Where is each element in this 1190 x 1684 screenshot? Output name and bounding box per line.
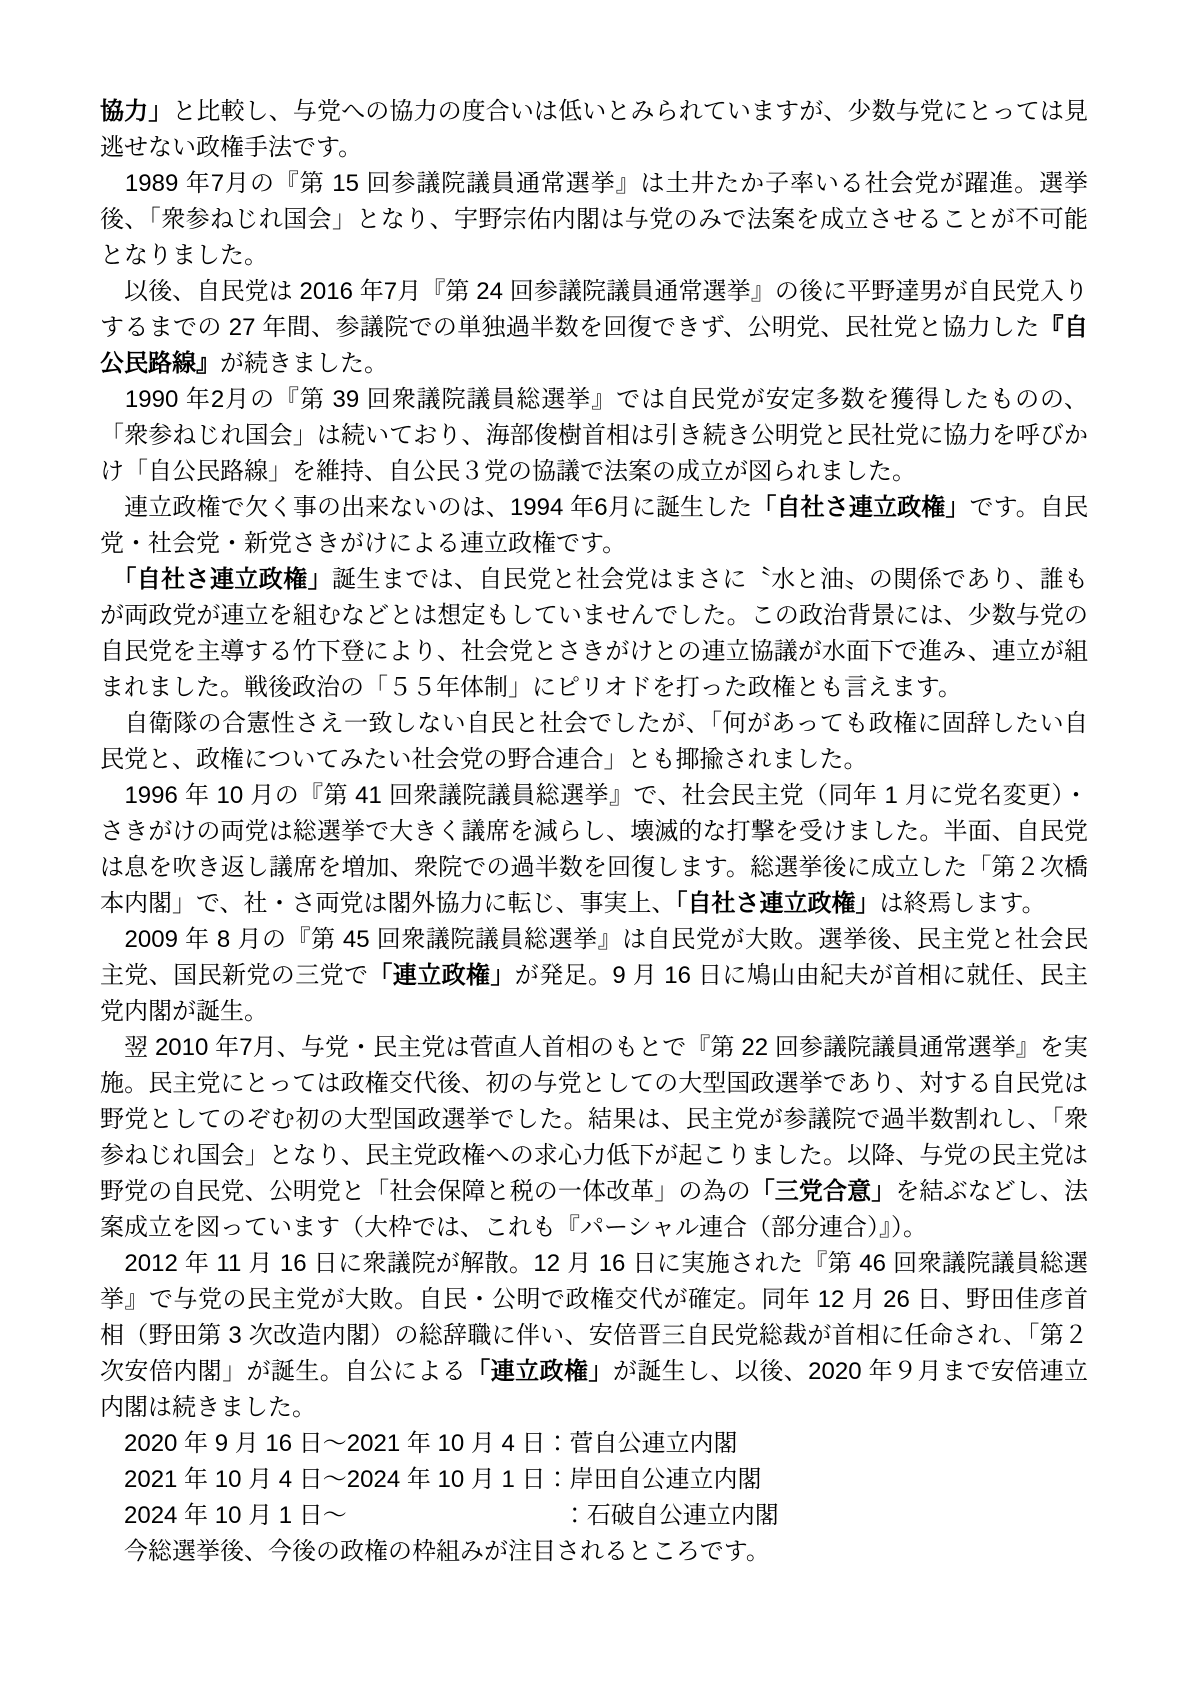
text-run: が続きました。 xyxy=(220,350,388,377)
text-run: 2021 年 10 月 4 日～2024 年 10 月 1 日：岸田自公連立内閣 xyxy=(100,1466,762,1493)
text-run xyxy=(100,566,124,593)
paragraph: 以後、自民党は 2016 年7月『第 24 回参議院議員通常選挙』の後に平野達男… xyxy=(100,274,1088,382)
paragraph: 翌 2010 年7月、与党・民主党は菅直人首相のもとで『第 22 回参議院議員通… xyxy=(100,1030,1088,1246)
text-run: 連立政権で欠く事の出来ないのは、1994 年6月に誕生した xyxy=(100,494,752,521)
text-run: と比較し、与党への協力の度合いは低いとみられていますが、少数与党にとっては見逃せ… xyxy=(100,98,1088,161)
emphasis-text-run: 「自社さ連立政権」 xyxy=(124,566,332,593)
emphasis-text-run: 「自社さ連立政権」 xyxy=(676,890,880,917)
paragraph: 1990 年2月の『第 39 回衆議院議員総選挙』では自民党が安定多数を獲得した… xyxy=(100,382,1088,490)
emphasis-text-run: 協力」 xyxy=(100,98,172,125)
text-run: 以後、自民党は 2016 年7月『第 24 回参議院議員通常選挙』の後に平野達男… xyxy=(100,278,1088,341)
paragraph: 「自社さ連立政権」誕生までは、自民党と社会党はまさに〝水と油〟の関係であり、誰も… xyxy=(100,562,1088,706)
text-run: 自衛隊の合憲性さえ一致しない自民と社会でしたが、「何があっても政権に固辞したい自… xyxy=(100,710,1088,773)
paragraph: 連立政権で欠く事の出来ないのは、1994 年6月に誕生した「自社さ連立政権」です… xyxy=(100,490,1088,562)
text-run: 1989 年7月の『第 15 回参議院議員通常選挙』は土井たか子率いる社会党が躍… xyxy=(100,170,1088,269)
emphasis-text-run: 「連立政権」 xyxy=(466,1358,613,1385)
paragraph: 自衛隊の合憲性さえ一致しない自民と社会でしたが、「何があっても政権に固辞したい自… xyxy=(100,706,1088,778)
document-body: 協力」と比較し、与党への協力の度合いは低いとみられていますが、少数与党にとっては… xyxy=(100,94,1088,1570)
text-run: は終焉します。 xyxy=(880,890,1046,917)
text-run: 1990 年2月の『第 39 回衆議院議員総選挙』では自民党が安定多数を獲得した… xyxy=(100,386,1088,485)
paragraph: 1989 年7月の『第 15 回参議院議員通常選挙』は土井たか子率いる社会党が躍… xyxy=(100,166,1088,274)
paragraph: 協力」と比較し、与党への協力の度合いは低いとみられていますが、少数与党にとっては… xyxy=(100,94,1088,166)
text-run: 2020 年 9 月 16 日～2021 年 10 月 4 日：菅自公連立内閣 xyxy=(100,1430,738,1457)
paragraph: 2012 年 11 月 16 日に衆議院が解散。12 月 16 日に実施された『… xyxy=(100,1246,1088,1426)
paragraph: 2024 年 10 月 1 日～ ：石破自公連立内閣 xyxy=(100,1498,1088,1534)
text-run: 今総選挙後、今後の政権の枠組みが注目されるところです。 xyxy=(100,1538,770,1565)
paragraph: 2009 年 8 月の『第 45 回衆議院議員総選挙』は自民党が大敗。選挙後、民… xyxy=(100,922,1088,1030)
document-page: 協力」と比較し、与党への協力の度合いは低いとみられていますが、少数与党にとっては… xyxy=(0,0,1190,1684)
text-run: 2024 年 10 月 1 日～ ：石破自公連立内閣 xyxy=(100,1502,779,1529)
paragraph: 2020 年 9 月 16 日～2021 年 10 月 4 日：菅自公連立内閣 xyxy=(100,1426,1088,1462)
emphasis-text-run: 「三党合意」 xyxy=(751,1178,896,1205)
emphasis-text-run: 「連立政権」 xyxy=(368,962,514,989)
paragraph: 2021 年 10 月 4 日～2024 年 10 月 1 日：岸田自公連立内閣 xyxy=(100,1462,1088,1498)
paragraph: 1996 年 10 月の『第 41 回衆議院議員総選挙』で、社会民主党（同年 1… xyxy=(100,778,1088,922)
paragraph: 今総選挙後、今後の政権の枠組みが注目されるところです。 xyxy=(100,1534,1088,1570)
emphasis-text-run: 「自社さ連立政権」 xyxy=(752,494,969,521)
